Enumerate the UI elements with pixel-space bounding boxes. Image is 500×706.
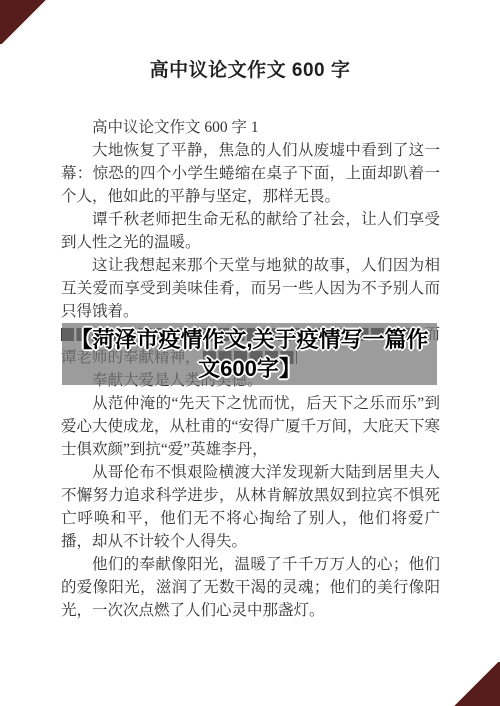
watermark-banner: 【菏泽市疫情作文,关于疫情写一篇作 文600字】 — [62, 323, 437, 385]
watermark-title-line-1: 【菏泽市疫情作文,关于疫情写一篇作 — [62, 325, 437, 354]
page-title: 高中议论文作文 600 字 — [0, 58, 500, 84]
document-page: 高中议论文作文 600 字 高中议论文作文 600 字 1 大地恢复了平静，焦急… — [0, 0, 500, 706]
corner-fold-top-left-decoration — [0, 0, 47, 44]
watermark-title-line-2: 文600字】 — [62, 354, 437, 383]
paragraph: 谭千秋老师把生命无私的献给了社会，让人们享受到人性之光的温暖。 — [61, 208, 440, 254]
paragraph: 从范仲淹的“先天下之忧而忧，后天下之乐而乐”到爱心大使成龙，从杜甫的“安得广厦千… — [61, 392, 440, 461]
paragraph: 这让我想起来那个天堂与地狱的故事，人们因为相互关爱而享受到美味佳肴，而另一些人因… — [61, 254, 440, 323]
paragraph: 从哥伦布不惧艰险横渡大洋发现新大陆到居里夫人不懈努力追求科学进步，从林肯解放黑奴… — [61, 461, 440, 553]
paragraph: 大地恢复了平静，焦急的人们从废墟中看到了这一幕：惊恐的四个小学生蜷缩在桌子下面，… — [61, 139, 440, 208]
corner-fold-bottom-right-decoration — [453, 662, 500, 706]
paragraph: 他们的奉献像阳光，温暖了千千万万人的心；他们的爱像阳光，滋润了无数干渴的灵魂；他… — [61, 553, 440, 622]
document-subtitle: 高中议论文作文 600 字 1 — [61, 116, 440, 139]
